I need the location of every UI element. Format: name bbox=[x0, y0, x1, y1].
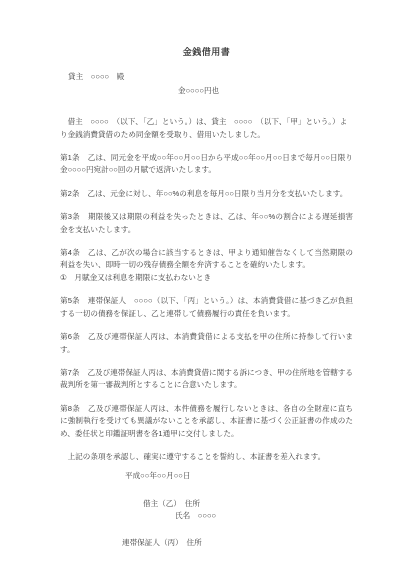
article-7-body: 乙及び連帯保証人丙は、本消費貸借に関する訴につき、甲の住所地を管轄する裁判所を第… bbox=[60, 368, 353, 389]
article-5-body: 連帯保証人 ○○○○（以下、「丙」という。）は、本消費貸借に基づき乙が負担する一… bbox=[60, 296, 353, 317]
article-3-number: 第3条 bbox=[60, 212, 80, 221]
article-4: 第4条乙は、乙が次の場合に該当するときは、甲より通知催告なくして当然期限の利益を… bbox=[60, 247, 353, 284]
article-4-text: 第4条乙は、乙が次の場合に該当するときは、甲より通知催告なくして当然期限の利益を… bbox=[60, 247, 353, 272]
article-8: 第8条乙及び連帯保証人丙は、本件債務を履行しないときは、各自の全財産に直ちに強制… bbox=[60, 403, 353, 440]
loan-certificate-document: 金銭借用書 貸主 ○○○○ 殿 金○○○○円也 借主 ○○○○ （以下、「乙」と… bbox=[0, 0, 410, 580]
article-3-body: 期限後又は期限の利益を失ったときは、乙は、年○○%の割合による遅延損害金を支払い… bbox=[60, 212, 353, 233]
article-4-body: 乙は、乙が次の場合に該当するときは、甲より通知催告なくして当然期限の利益を失い、… bbox=[60, 248, 353, 269]
article-7: 第7条乙及び連帯保証人丙は、本消費貸借に関する訴につき、甲の住所地を管轄する裁判… bbox=[60, 367, 353, 392]
article-6: 第6条乙及び連帯保証人丙は、本消費貸借による支払を甲の住所に持参して行います。 bbox=[60, 331, 353, 356]
signature-borrower-name: 氏名 ○○○○ bbox=[175, 510, 353, 522]
amount-line: 金○○○○円也 bbox=[178, 85, 353, 97]
article-1: 第1条乙は、同元金を平成○○年○○月○○日から平成○○年○○月○○日まで毎月○○… bbox=[60, 152, 353, 177]
intro-paragraph: 借主 ○○○○ （以下、「乙」という。）は、貸主 ○○○○ （以下、「甲」という… bbox=[60, 116, 353, 141]
article-2: 第2条乙は、元金に対し、年○○%の利息を毎月○○日限り当月分を支払いたします。 bbox=[60, 188, 353, 200]
article-4-item-1: ① 月賦金又は利息を期限に支払わないとき bbox=[60, 272, 353, 284]
article-6-body: 乙及び連帯保証人丙は、本消費貸借による支払を甲の住所に持参して行います。 bbox=[60, 332, 353, 353]
article-3: 第3条期限後又は期限の利益を失ったときは、乙は、年○○%の割合による遅延損害金を… bbox=[60, 211, 353, 236]
article-7-number: 第7条 bbox=[60, 368, 79, 377]
article-5: 第5条連帯保証人 ○○○○（以下、「丙」という。）は、本消費貸借に基づき乙が負担… bbox=[60, 295, 353, 320]
article-5-number: 第5条 bbox=[60, 296, 80, 305]
article-6-number: 第6条 bbox=[60, 332, 80, 341]
date-line: 平成○○年○○月○○日 bbox=[125, 470, 353, 482]
closing-pledge: 上記の条項を承認し、確実に遵守することを誓約し、本証書を差入れます。 bbox=[60, 451, 353, 463]
article-2-body: 乙は、元金に対し、年○○%の利息を毎月○○日限り当月分を支払いたします。 bbox=[87, 189, 347, 198]
lender-line: 貸主 ○○○○ 殿 bbox=[68, 71, 353, 83]
article-8-body: 乙及び連帯保証人丙は、本件債務を履行しないときは、各自の全財産に直ちに強制執行を… bbox=[60, 404, 353, 438]
document-content: 金銭借用書 貸主 ○○○○ 殿 金○○○○円也 借主 ○○○○ （以下、「乙」と… bbox=[0, 0, 410, 580]
article-1-number: 第1条 bbox=[60, 153, 80, 162]
article-8-number: 第8条 bbox=[60, 404, 80, 413]
article-4-number: 第4条 bbox=[60, 248, 80, 257]
document-title: 金銭借用書 bbox=[60, 46, 353, 58]
article-1-body: 乙は、同元金を平成○○年○○月○○日から平成○○年○○月○○日まで毎月○○日限り… bbox=[60, 153, 353, 174]
signature-borrower-address: 借主（乙） 住所 bbox=[143, 498, 353, 510]
article-2-number: 第2条 bbox=[60, 189, 79, 198]
signature-guarantor-address: 連帯保証人（丙） 住所 bbox=[122, 537, 353, 549]
